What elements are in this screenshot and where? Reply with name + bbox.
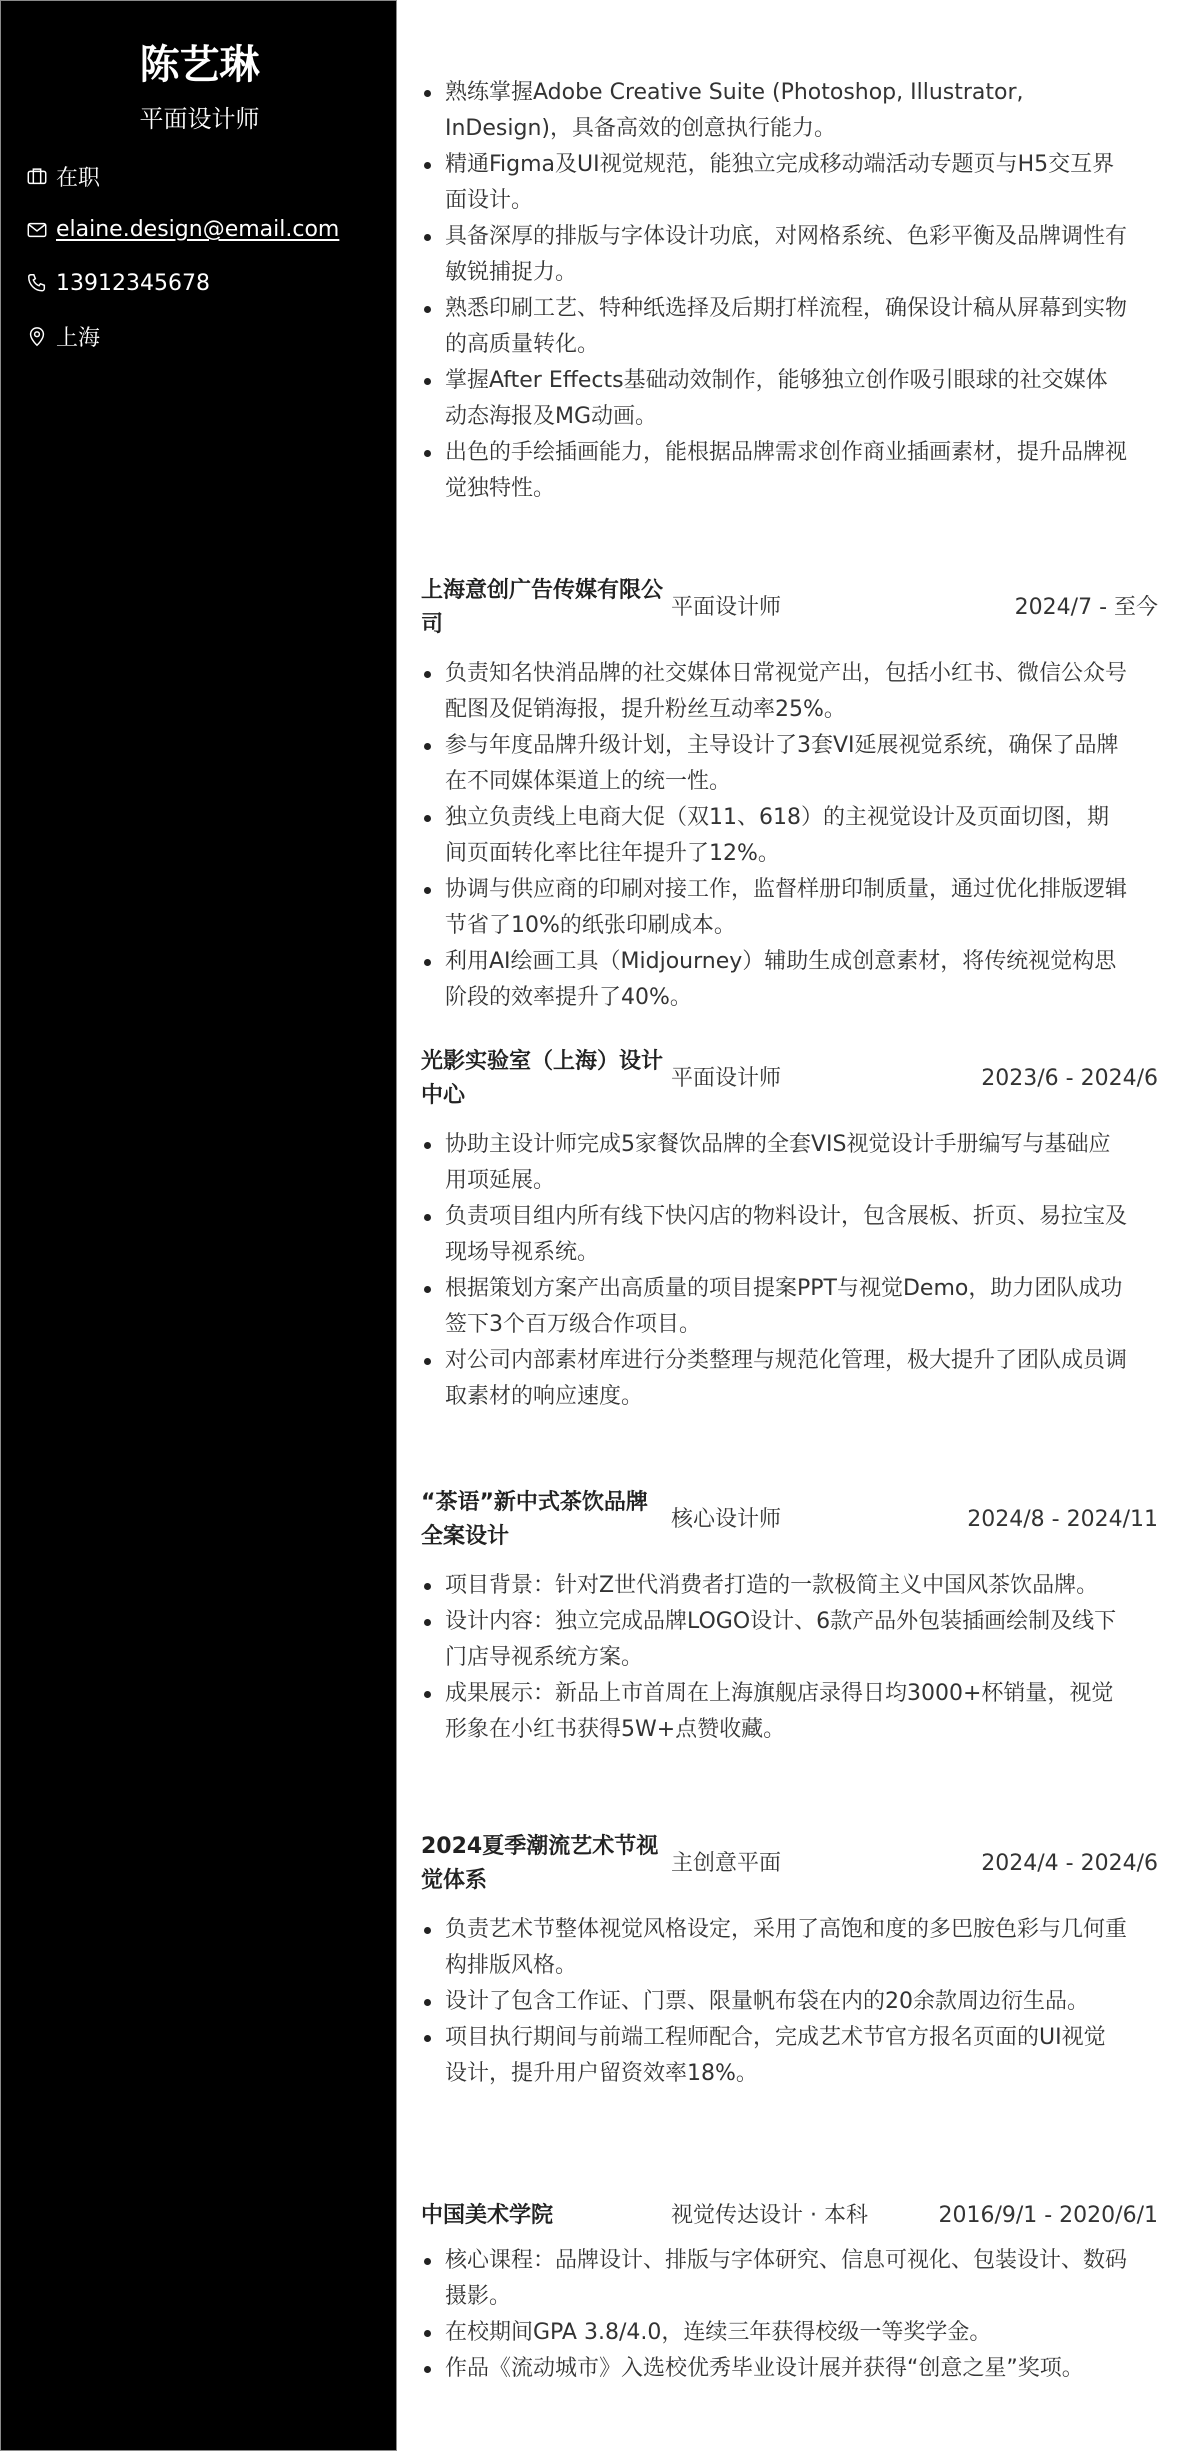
mail-icon <box>26 219 48 241</box>
education-bullets: 核心课程：品牌设计、排版与字体研究、信息可视化、包装设计、数码摄影。 在校期间G… <box>421 2243 1137 2387</box>
skills-list: 熟练掌握Adobe Creative Suite (Photoshop, Ill… <box>421 75 1137 507</box>
job-title: 平面设计师 <box>669 591 1015 625</box>
contact-status: 在职 <box>26 158 339 194</box>
bullet-item: 设计了包含工作证、门票、限量帆布袋在内的20余款周边衍生品。 <box>421 1984 1137 2020</box>
entry-header: “茶语”新中式茶饮品牌全案设计 核心设计师 2024/8 - 2024/11 <box>421 1486 1158 1554</box>
skill-item: 出色的手绘插画能力，能根据品牌需求创作商业插画素材，提升品牌视觉独特性。 <box>421 435 1137 507</box>
entry-header: 中国美术学院 视觉传达设计 · 本科 2016/9/1 - 2020/6/1 <box>421 2199 1158 2233</box>
work-entry: 光影实验室（上海）设计中心 平面设计师 2023/6 - 2024/6 协助主设… <box>421 1045 1158 1415</box>
skill-item: 具备深厚的排版与字体设计功底，对网格系统、色彩平衡及品牌调性有敏锐捕捉力。 <box>421 219 1137 291</box>
date-range: 2016/9/1 - 2020/6/1 <box>938 2199 1158 2233</box>
company-name: 光影实验室（上海）设计中心 <box>421 1045 669 1113</box>
skill-item: 精通Figma及UI视觉规范，能独立完成移动端活动专题页与H5交互界面设计。 <box>421 147 1137 219</box>
employment-status: 在职 <box>56 161 100 192</box>
bullet-item: 在校期间GPA 3.8/4.0，连续三年获得校级一等奖学金。 <box>421 2315 1137 2351</box>
work-bullets: 负责知名快消品牌的社交媒体日常视觉产出，包括小红书、微信公众号配图及促销海报，提… <box>421 656 1137 1016</box>
email-link[interactable]: elaine.design@email.com <box>56 217 339 242</box>
job-title: 平面设计师 <box>669 1062 981 1096</box>
bullet-item: 作品《流动城市》入选校优秀毕业设计展并获得“创意之星”奖项。 <box>421 2351 1137 2387</box>
briefcase-icon <box>26 165 48 187</box>
resume-page: 陈艺琳 平面设计师 在职 elaine.design@email.com 139… <box>0 0 1191 2451</box>
bullet-item: 独立负责线上电商大促（双11、618）的主视觉设计及页面切图，期间页面转化率比往… <box>421 800 1137 872</box>
education-entry: 中国美术学院 视觉传达设计 · 本科 2016/9/1 - 2020/6/1 核… <box>421 2199 1158 2387</box>
profile-sidebar: 陈艺琳 平面设计师 在职 elaine.design@email.com 139… <box>0 0 397 2451</box>
date-range: 2024/7 - 至今 <box>1015 591 1158 625</box>
bullet-item: 利用AI绘画工具（Midjourney）辅助生成创意素材，将传统视觉构思阶段的效… <box>421 944 1137 1016</box>
bullet-item: 协调与供应商的印刷对接工作，监督样册印制质量，通过优化排版逻辑节省了10%的纸张… <box>421 872 1137 944</box>
contact-email: elaine.design@email.com <box>26 212 339 248</box>
project-bullets: 负责艺术节整体视觉风格设定，采用了高饱和度的多巴胺色彩与几何重构排版风格。 设计… <box>421 1912 1137 2092</box>
skill-item: 熟练掌握Adobe Creative Suite (Photoshop, Ill… <box>421 75 1137 147</box>
bullet-item: 对公司内部素材库进行分类整理与规范化管理，极大提升了团队成员调取素材的响应速度。 <box>421 1343 1137 1415</box>
degree: 视觉传达设计 · 本科 <box>669 2199 938 2233</box>
date-range: 2023/6 - 2024/6 <box>981 1062 1158 1096</box>
location-pin-icon <box>26 326 48 348</box>
bullet-item: 负责知名快消品牌的社交媒体日常视觉产出，包括小红书、微信公众号配图及促销海报，提… <box>421 656 1137 728</box>
candidate-name: 陈艺琳 <box>1 37 398 93</box>
entry-header: 上海意创广告传媒有限公司 平面设计师 2024/7 - 至今 <box>421 574 1158 642</box>
location: 上海 <box>56 321 100 352</box>
work-bullets: 协助主设计师完成5家餐饮品牌的全套VIS视觉设计手册编写与基础应用项延展。 负责… <box>421 1127 1137 1415</box>
bullet-item: 负责艺术节整体视觉风格设定，采用了高饱和度的多巴胺色彩与几何重构排版风格。 <box>421 1912 1137 1984</box>
skill-item: 掌握After Effects基础动效制作，能够独立创作吸引眼球的社交媒体动态海… <box>421 363 1137 435</box>
bullet-item: 项目执行期间与前端工程师配合，完成艺术节官方报名页面的UI视觉设计，提升用户留资… <box>421 2020 1137 2092</box>
bullet-item: 成果展示：新品上市首周在上海旗舰店录得日均3000+杯销量，视觉形象在小红书获得… <box>421 1676 1137 1748</box>
entry-header: 2024夏季潮流艺术节视觉体系 主创意平面 2024/4 - 2024/6 <box>421 1830 1158 1898</box>
school-name: 中国美术学院 <box>421 2199 669 2233</box>
project-role: 主创意平面 <box>669 1847 981 1881</box>
project-entry: 2024夏季潮流艺术节视觉体系 主创意平面 2024/4 - 2024/6 负责… <box>421 1830 1158 2092</box>
bullet-item: 根据策划方案产出高质量的项目提案PPT与视觉Demo，助力团队成功签下3个百万级… <box>421 1271 1137 1343</box>
bullet-item: 协助主设计师完成5家餐饮品牌的全套VIS视觉设计手册编写与基础应用项延展。 <box>421 1127 1137 1199</box>
bullet-item: 核心课程：品牌设计、排版与字体研究、信息可视化、包装设计、数码摄影。 <box>421 2243 1137 2315</box>
candidate-role: 平面设计师 <box>1 101 398 137</box>
bullet-item: 设计内容：独立完成品牌LOGO设计、6款产品外包装插画绘制及线下门店导视系统方案… <box>421 1604 1137 1676</box>
skill-item: 熟悉印刷工艺、特种纸选择及后期打样流程，确保设计稿从屏幕到实物的高质量转化。 <box>421 291 1137 363</box>
contact-location: 上海 <box>26 319 339 355</box>
contact-phone: 13912345678 <box>26 265 339 301</box>
project-entry: “茶语”新中式茶饮品牌全案设计 核心设计师 2024/8 - 2024/11 项… <box>421 1486 1158 1748</box>
phone-number: 13912345678 <box>56 271 210 296</box>
date-range: 2024/4 - 2024/6 <box>981 1847 1158 1881</box>
bullet-item: 负责项目组内所有线下快闪店的物料设计，包含展板、折页、易拉宝及现场导视系统。 <box>421 1199 1137 1271</box>
work-entry: 上海意创广告传媒有限公司 平面设计师 2024/7 - 至今 负责知名快消品牌的… <box>421 574 1158 1016</box>
contact-list: 在职 elaine.design@email.com 13912345678 上… <box>26 158 339 372</box>
bullet-item: 项目背景：针对Z世代消费者打造的一款极简主义中国风茶饮品牌。 <box>421 1568 1137 1604</box>
date-range: 2024/8 - 2024/11 <box>967 1503 1158 1537</box>
bullet-item: 参与年度品牌升级计划，主导设计了3套VI延展视觉系统，确保了品牌在不同媒体渠道上… <box>421 728 1137 800</box>
entry-header: 光影实验室（上海）设计中心 平面设计师 2023/6 - 2024/6 <box>421 1045 1158 1113</box>
project-name: 2024夏季潮流艺术节视觉体系 <box>421 1830 669 1898</box>
phone-icon <box>26 272 48 294</box>
company-name: 上海意创广告传媒有限公司 <box>421 574 669 642</box>
project-name: “茶语”新中式茶饮品牌全案设计 <box>421 1486 669 1554</box>
project-bullets: 项目背景：针对Z世代消费者打造的一款极简主义中国风茶饮品牌。 设计内容：独立完成… <box>421 1568 1137 1748</box>
project-role: 核心设计师 <box>669 1503 967 1537</box>
